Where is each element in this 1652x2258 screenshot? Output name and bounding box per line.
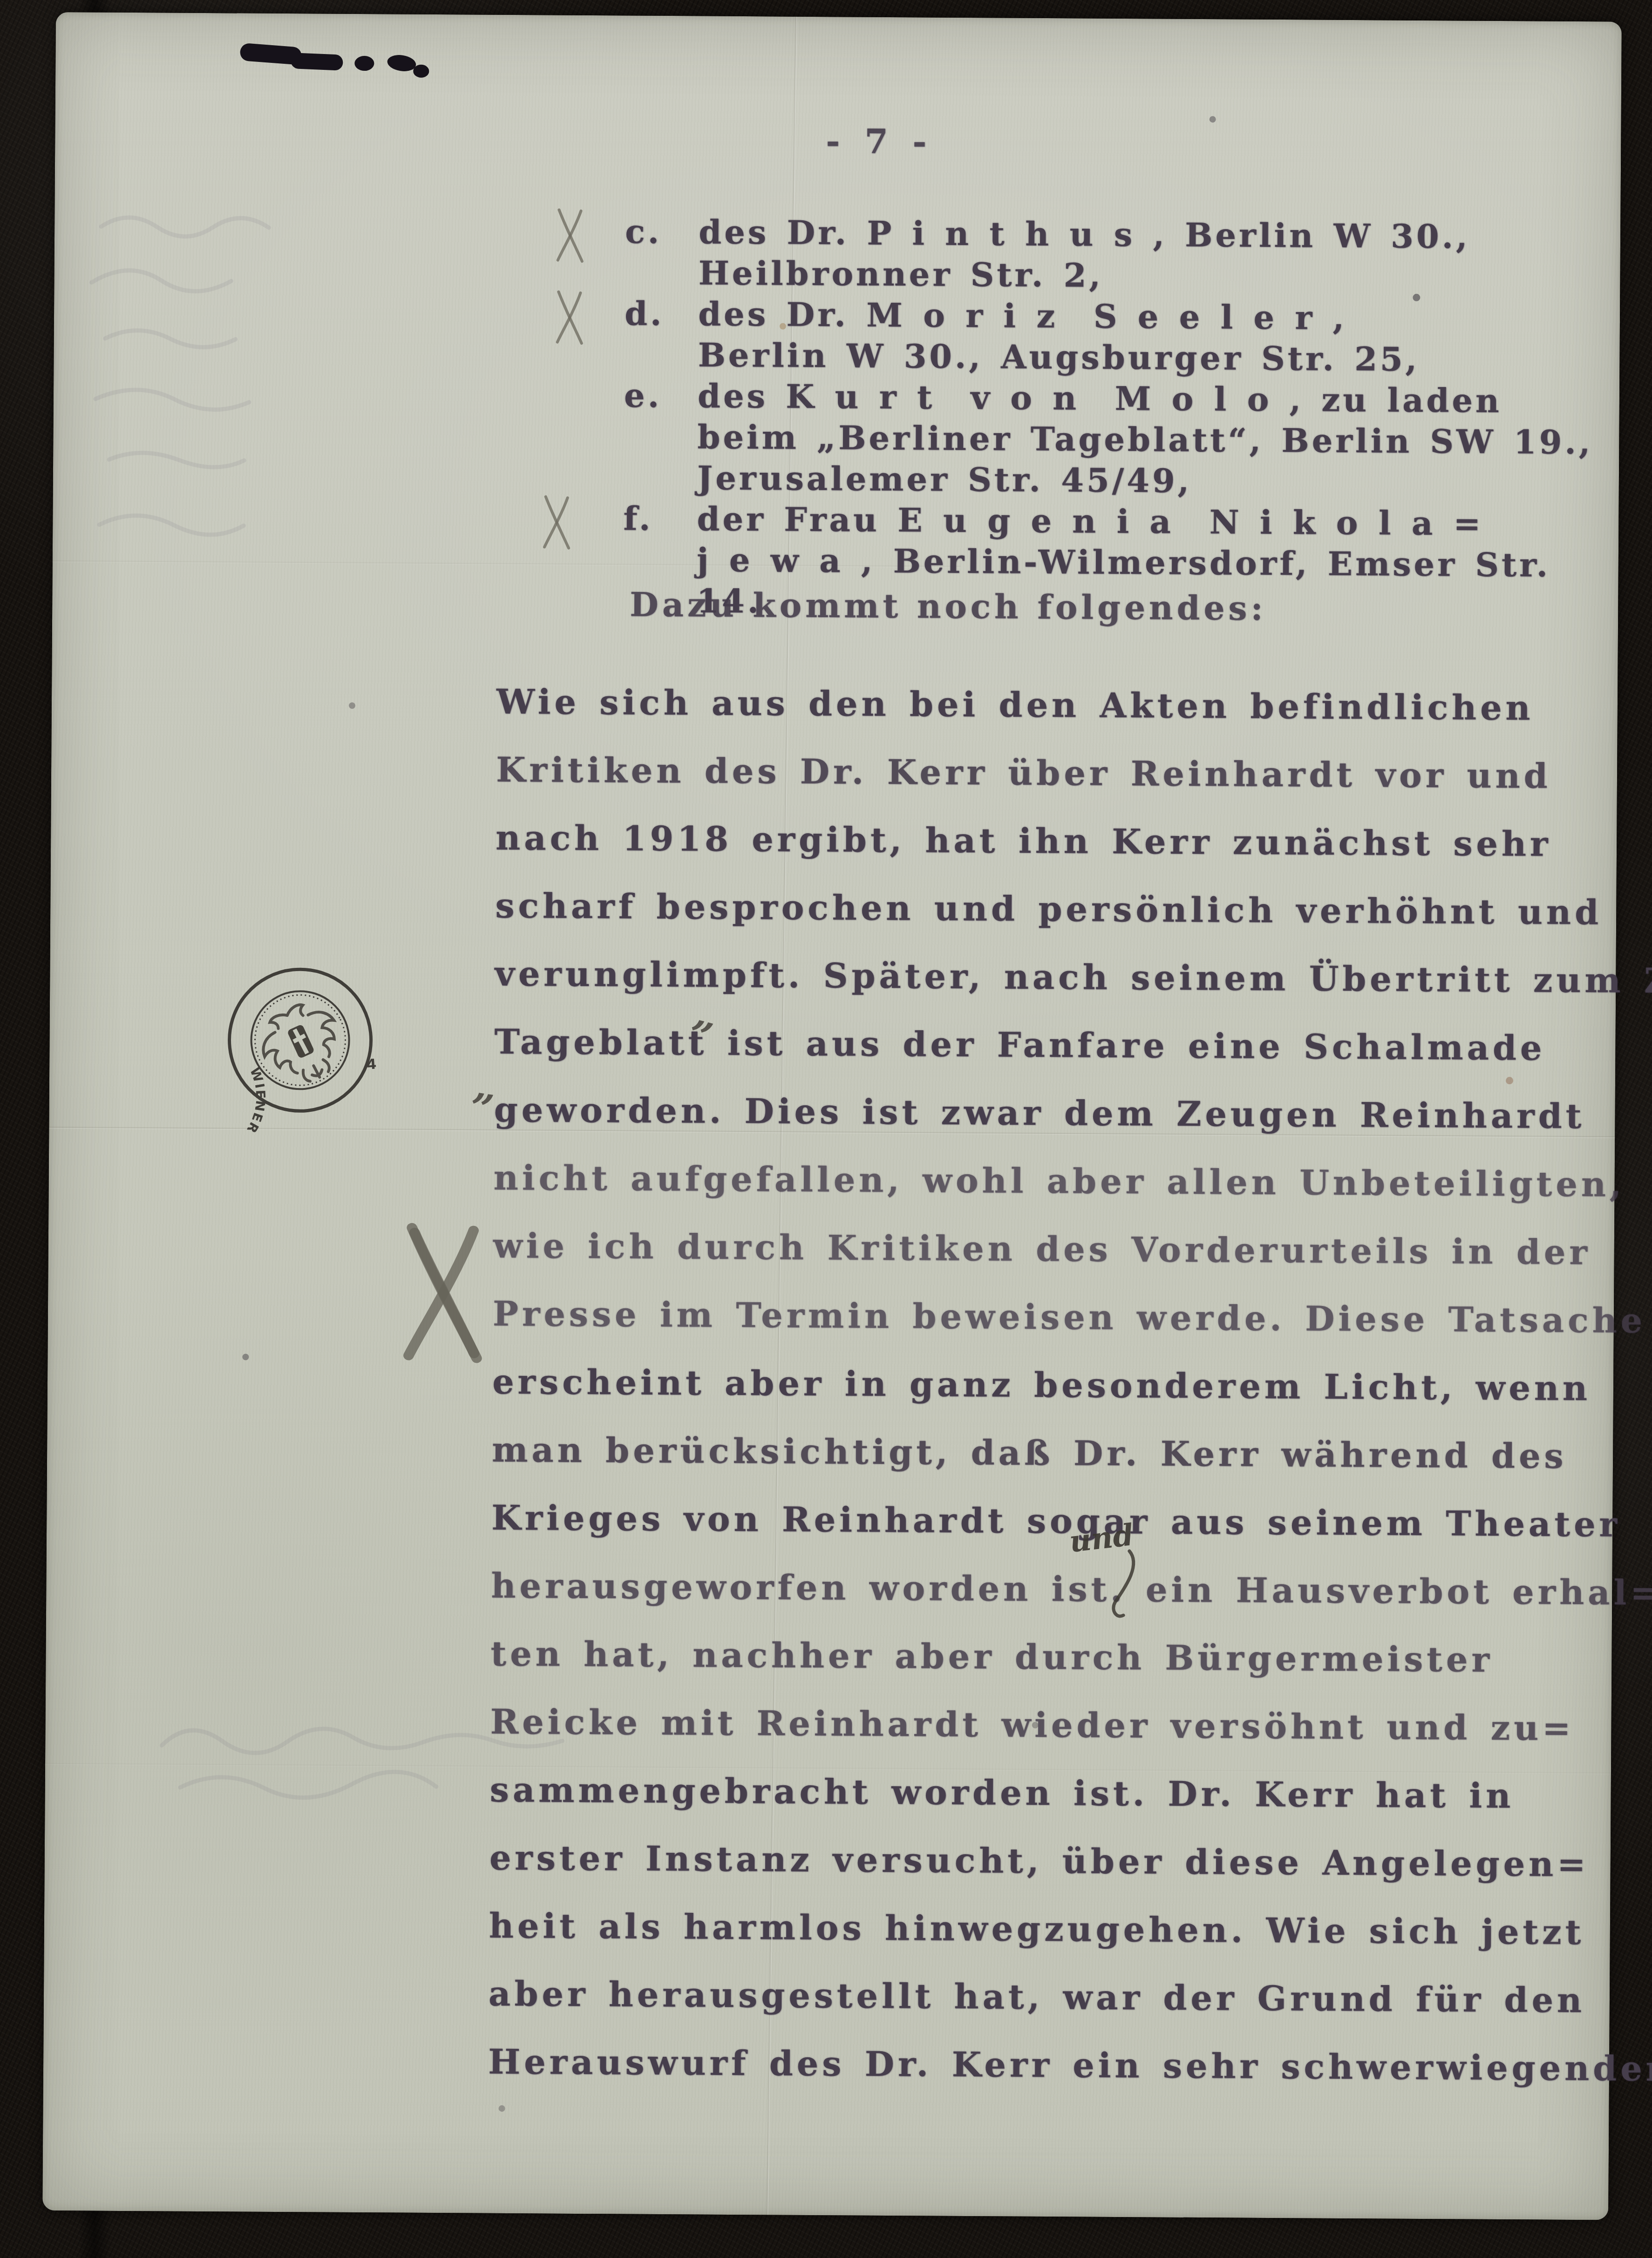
- ink-smudge: [413, 65, 429, 78]
- list-item-text: beim „Berliner Tageblatt“, Berlin SW 19.…: [697, 417, 1593, 462]
- list-row: Heilbronner Str. 2,: [625, 252, 1594, 299]
- page-number: - 7 -: [809, 121, 950, 162]
- list-item-text: j e w a , Berlin-Wilmersdorf, Emser Str.: [697, 540, 1551, 584]
- typed-line: herausgeworfen worden ist. ein Hausverbo…: [491, 1552, 1652, 1627]
- typed-line: nach 1918 ergibt, hat ihn Kerr zunächst …: [496, 804, 1652, 879]
- ink-smudge: [291, 53, 343, 71]
- list-item-text: der Frau E u g e n i a N i k o l a =: [697, 499, 1483, 543]
- stamp-shield: [286, 1023, 316, 1060]
- list-row: d.des Dr. M o r i z S e e l e r ,: [625, 293, 1594, 340]
- list-row: e.des K u r t v o n M o l o , zu laden: [624, 375, 1593, 422]
- stamp-number: 4: [366, 1056, 377, 1073]
- list-item-label: [624, 366, 698, 366]
- document-page: - 7 - c.des Dr. P i n t h u s , Berlin W…: [42, 12, 1622, 2220]
- typed-line: sammengebracht worden ist. Dr. Kerr hat …: [489, 1756, 1652, 1831]
- pencil-x-mark: [542, 494, 572, 551]
- list-item-label: [625, 284, 698, 284]
- paper-specks: [56, 12, 61, 17]
- typed-line: Tageblatt ist aus der Fanfare eine Schal…: [494, 1008, 1652, 1083]
- ink-smudge: [354, 56, 374, 71]
- typed-line: erster Instanz versucht, über diese Ange…: [489, 1824, 1652, 1899]
- list-row: Jerusalemer Str. 45/49,: [624, 457, 1593, 504]
- list-item-text: Berlin W 30., Augsburger Str. 25,: [698, 335, 1420, 378]
- pencil-x-mark: [555, 207, 585, 264]
- bleedthrough-ghost: [71, 198, 427, 620]
- typed-line: ten hat, nachher aber durch Bürgermeiste…: [490, 1620, 1652, 1695]
- typed-line: aber herausgestellt hat, war der Grund f…: [489, 1960, 1652, 2035]
- typed-line: nicht aufgefallen, wohl aber allen Unbet…: [493, 1144, 1652, 1219]
- typed-line: heit als harmlos hinwegzugehen. Wie sich…: [489, 1892, 1652, 1967]
- typed-line: scharf besprochen und persönlich verhöhn…: [495, 872, 1652, 947]
- pencil-x-mark: [555, 289, 585, 346]
- typed-line: Presse im Termin beweisen werde. Diese T…: [492, 1280, 1652, 1355]
- list-item-text: Heilbronner Str. 2,: [698, 253, 1103, 294]
- list-row: j e w a , Berlin-Wilmersdorf, Emser Str.: [623, 539, 1592, 586]
- library-stamp: WIENER STADT- U. LANDESBIBL. 4: [181, 921, 420, 1160]
- list-item-label: f.: [623, 498, 697, 539]
- handwritten-caret-stroke: [1096, 1546, 1153, 1626]
- typed-line: verunglimpft. Später, nach seinem Übertr…: [495, 940, 1652, 1015]
- ink-smudge: [386, 53, 417, 73]
- list-row: Berlin W 30., Augsburger Str. 25,: [624, 334, 1593, 381]
- intro-line: Dazu kommt noch folgendes:: [630, 585, 1267, 628]
- list-item-text: des Dr. M o r i z S e e l e r ,: [698, 294, 1347, 337]
- scanned-document-photo: { "page": { "number_label": "- 7 -" }, "…: [0, 0, 1652, 2258]
- typed-line: Herauswurf des Dr. Kerr ein sehr schwerw…: [488, 2028, 1652, 2103]
- witness-list: c.des Dr. P i n t h u s , Berlin W 30.,H…: [623, 211, 1594, 627]
- list-item-label: c.: [625, 211, 699, 252]
- body-paragraph: Wie sich aus den bei den Akten befindlic…: [488, 668, 1652, 2103]
- typed-line: Reicke mit Reinhardt wieder versöhnt und…: [490, 1688, 1652, 1763]
- list-row: f.der Frau E u g e n i a N i k o l a =: [623, 498, 1592, 545]
- typed-line: Kritiken des Dr. Kerr über Reinhardt vor…: [496, 736, 1652, 811]
- list-item-label: e.: [624, 375, 698, 416]
- list-item-text: des K u r t v o n M o l o , zu laden: [698, 376, 1502, 420]
- list-row: c.des Dr. P i n t h u s , Berlin W 30.,: [625, 211, 1594, 258]
- list-row: beim „Berliner Tageblatt“, Berlin SW 19.…: [624, 416, 1593, 463]
- typed-line: man berücksichtigt, daß Dr. Kerr während…: [492, 1416, 1652, 1491]
- typed-line: erscheint aber in ganz besonderem Licht,…: [492, 1348, 1652, 1423]
- typed-line: geworden. Dies ist zwar dem Zeugen Reinh…: [494, 1076, 1652, 1151]
- list-item-text: des Dr. P i n t h u s , Berlin W 30.,: [699, 212, 1470, 256]
- list-item-text: Jerusalemer Str. 45/49,: [697, 458, 1192, 500]
- typed-line: Wie sich aus den bei den Akten befindlic…: [496, 668, 1652, 743]
- list-item-label: d.: [625, 293, 699, 334]
- list-item-label: [624, 448, 697, 448]
- typed-line: wie ich durch Kritiken des Vorderurteils…: [493, 1212, 1652, 1287]
- list-item-label: [624, 489, 697, 489]
- pencil-x-margin-mark: [401, 1221, 485, 1366]
- list-item-label: [623, 571, 697, 571]
